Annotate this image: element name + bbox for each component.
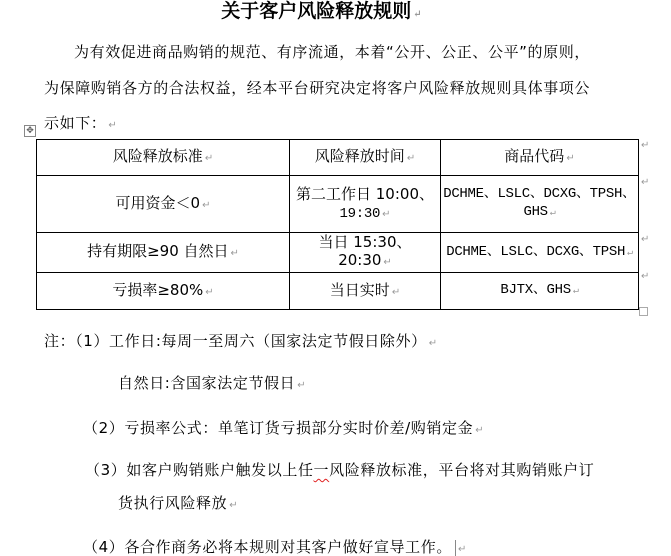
cell-standard: 亏损率≥80%↵ (37, 273, 290, 310)
cell-standard: 持有期限≥90 自然日↵ (37, 233, 290, 273)
table-row: 持有期限≥90 自然日↵ 当日 15:30、20:30↵ DCHME、LSLC、… (37, 233, 639, 273)
document-title: 关于客户风险释放规则↵ (0, 0, 643, 26)
paragraph-mark-icon: ↵ (429, 338, 438, 349)
row-end-mark-icon: ↵ (641, 177, 649, 188)
note-1: 注：（1）工作日:每周一至周六（国家法定节假日除外）↵ (44, 331, 438, 354)
note-2: （2）亏损率公式：单笔订货亏损部分实时价差/购销定金↵ (83, 418, 484, 441)
note-4: （4）各合作商务必将本规则对其客户做好宣导工作。↵ (83, 537, 467, 556)
paragraph-mark-icon: ↵ (458, 544, 467, 555)
table-move-handle-icon[interactable]: ✥ (24, 125, 36, 137)
header-cell-standard: 风险释放标准↵ (37, 140, 290, 176)
text-cursor (455, 540, 456, 556)
risk-release-table: 风险释放标准↵ 风险释放时间↵ 商品代码↵ 可用资金＜0↵ 第二工作日 10:0… (36, 139, 639, 310)
cell-codes: DCHME、LSLC、DCXG、TPSH↵ (441, 233, 639, 273)
table-resize-handle-icon[interactable] (639, 307, 648, 316)
cell-codes: DCHME、LSLC、DCXG、TPSH、GHS↵ (441, 176, 639, 233)
note-3: （3）如客户购销账户触发以上任一风险释放标准，平台将对其购销账户订 (85, 460, 594, 480)
row-end-mark-icon: ↵ (641, 234, 649, 245)
intro-line-2: 为保障购销各方的合法权益，经本平台研究决定将客户风险释放规则具体事项公 (44, 78, 590, 98)
header-cell-time: 风险释放时间↵ (290, 140, 441, 176)
header-cell-codes: 商品代码↵ (441, 140, 639, 176)
paragraph-mark-icon: ↵ (475, 425, 484, 436)
intro-line-1: 为有效促进商品购销的规范、有序流通，本着“公开、公正、公平”的原则， (74, 42, 590, 62)
paragraph-mark-icon: ↵ (229, 500, 238, 511)
cell-codes: BJTX、GHS↵ (441, 273, 639, 310)
intro-line-3: 示如下：↵ (44, 113, 117, 136)
row-end-mark-icon: ↵ (641, 140, 649, 151)
spellcheck-flag[interactable]: 一 (314, 461, 330, 479)
table-header-row: 风险释放标准↵ 风险释放时间↵ 商品代码↵ (37, 140, 639, 176)
paragraph-mark-icon: ↵ (297, 380, 306, 391)
cell-time: 当日 15:30、20:30↵ (290, 233, 441, 273)
table-row: 亏损率≥80%↵ 当日实时↵ BJTX、GHS↵ (37, 273, 639, 310)
cell-standard: 可用资金＜0↵ (37, 176, 290, 233)
note-3-line-2: 货执行风险释放↵ (118, 493, 238, 516)
paragraph-mark-icon: ↵ (108, 120, 117, 131)
table-row: 可用资金＜0↵ 第二工作日 10:00、19:30↵ DCHME、LSLC、DC… (37, 176, 639, 233)
cell-time: 第二工作日 10:00、19:30↵ (290, 176, 441, 233)
paragraph-mark-icon: ↵ (413, 9, 421, 20)
note-1-sub: 自然日:含国家法定节假日↵ (118, 373, 306, 396)
row-end-mark-icon: ↵ (641, 271, 649, 282)
cell-time: 当日实时↵ (290, 273, 441, 310)
